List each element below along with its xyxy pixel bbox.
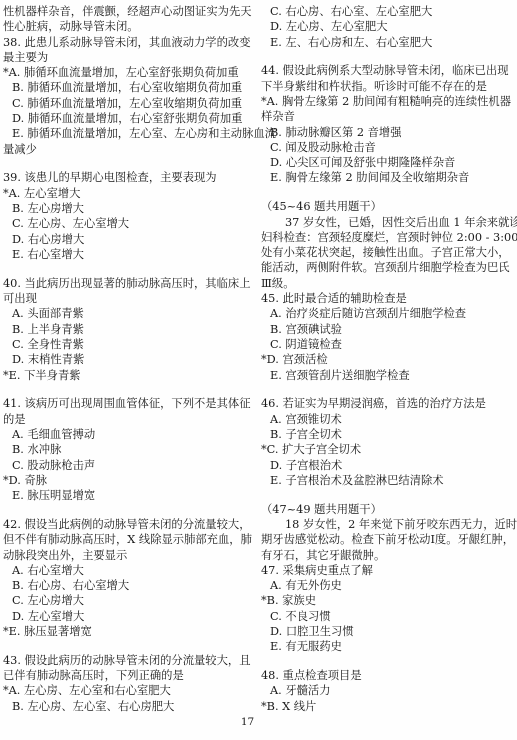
text-line: 动脉段突出外，主要显示 <box>3 548 255 563</box>
blank-line <box>3 262 255 276</box>
option-line: E. 子宫根治术及盆腔淋巴结清除术 <box>261 473 513 488</box>
left-column: 性机器样杂音，伴震颤，经超声心动图证实为先天性心脏病，动脉导管未闭。38. 此患… <box>3 4 255 714</box>
option-line: A. 毛细血管搏动 <box>3 427 255 442</box>
option-line: D. 左心房、左心室肥大 <box>261 19 513 34</box>
text-line: 处有小菜花状突起，接触性出血。子宫正常大小， <box>261 245 513 260</box>
starred-answer-line: *A. 胸骨左缘第 2 肋间闻有粗糙响亮的连续性机器 <box>261 94 513 109</box>
text-line: 能活动，两侧附件软。宫颈刮片细胞学检查为巴氏 <box>261 260 513 275</box>
option-line: D. 右心房增大 <box>3 232 255 247</box>
option-line: D. 子宫根治术 <box>261 458 513 473</box>
text-line: （47~49 题共用题干） <box>261 502 513 517</box>
option-line: A. 宫颈锥切术 <box>261 412 513 427</box>
stem-first-line: 37 岁女性，已婚，因性交后出血 1 年余来就诊。 <box>261 215 513 230</box>
starred-answer-line: *A. 左心室增大 <box>3 186 255 201</box>
option-line: C. 左心房、左心室增大 <box>3 216 255 231</box>
blank-line <box>261 186 513 200</box>
starred-answer-line: *B. 家族史 <box>261 593 513 608</box>
option-line: E. 胸骨左缘第 2 肋间闻及全收缩期杂音 <box>261 170 513 185</box>
text-line: 最主要为 <box>3 50 255 65</box>
option-line: C. 全身性青紫 <box>3 337 255 352</box>
text-line: 样杂音 <box>261 109 513 124</box>
blank-line <box>261 50 513 64</box>
text-line: 妇科检查：宫颈轻度糜烂，宫颈时钟位 2:00 - 3:00 <box>261 230 513 245</box>
page-number: 17 <box>0 716 506 728</box>
blank-line <box>261 655 513 669</box>
exam-document-page: 性机器样杂音，伴震颤，经超声心动图证实为先天性心脏病，动脉导管未闭。38. 此患… <box>0 0 517 740</box>
text-line: 的是 <box>3 412 255 427</box>
option-line: B. 子宫全切术 <box>261 427 513 442</box>
option-line: A. 右心室增大 <box>3 563 255 578</box>
option-line: B. 肺动脉瓣区第 2 音增强 <box>261 125 513 140</box>
option-line: D. 口腔卫生习惯 <box>261 624 513 639</box>
text-line: 期牙齿感觉松动。检查下前牙松动Ⅰ度。牙龈红肿， <box>261 532 513 547</box>
stem-first-line: 18 岁女性，2 年来觉下前牙咬东西无力，近时 <box>261 517 513 532</box>
text-line: （45~46 题共用题干） <box>261 199 513 214</box>
blank-line <box>261 488 513 502</box>
text-line: 已伴有肺动脉高压时，下列正确的是 <box>3 668 255 683</box>
starred-answer-line: *E. 下半身青紫 <box>3 368 255 383</box>
text-line: 有牙石，其它牙龈微肿。 <box>261 548 513 563</box>
text-line: 40. 当此病历出现显著的肺动脉高压时，其临床上 <box>3 276 255 291</box>
option-line: B. 左心房、左心室、右心房肥大 <box>3 699 255 714</box>
text-line: 下半身紫绀和杵状指。听诊时可能不存在的是 <box>261 79 513 94</box>
text-line: 性心脏病，动脉导管未闭。 <box>3 19 255 34</box>
option-line: B. 左心房增大 <box>3 201 255 216</box>
option-line: C. 右心房、右心室、左心室肥大 <box>261 4 513 19</box>
blank-line <box>3 383 255 397</box>
option-line: A. 牙髓活力 <box>261 683 513 698</box>
option-line: E. 有无服药史 <box>261 639 513 654</box>
text-line: 44. 假设此病例系大型动脉导管未闭，临床已出现 <box>261 63 513 78</box>
starred-answer-line: *B. X 线片 <box>261 699 513 714</box>
text-line: 性机器样杂音，伴震颤，经超声心动图证实为先天 <box>3 4 255 19</box>
blank-line <box>3 503 255 517</box>
text-line: 38. 此患儿系动脉导管未闭，其血液动力学的改变 <box>3 35 255 50</box>
option-line: C. 肺循环血流量增加，左心室收缩期负荷加重 <box>3 96 255 111</box>
option-line: A. 有无外伤史 <box>261 578 513 593</box>
option-line: C. 左心房增大 <box>3 593 255 608</box>
option-line: E. 右心室增大 <box>3 247 255 262</box>
option-line: B. 水冲脉 <box>3 442 255 457</box>
text-line: 但不伴有肺动脉高压时，X 线除显示肺部充血，肺 <box>3 532 255 547</box>
option-line: D. 心尖区可闻及舒张中期隆隆样杂音 <box>261 155 513 170</box>
text-line: 46. 若证实为早期浸润癌，首选的治疗方法是 <box>261 396 513 411</box>
text-line: 41. 该病历可出现周围血管体征，下列不是其体征 <box>3 396 255 411</box>
option-line: A. 头面部青紫 <box>3 306 255 321</box>
starred-answer-line: *C. 扩大子宫全切术 <box>261 442 513 457</box>
text-line: 42. 假设当此病例的动脉导管未闭的分流量较大， <box>3 517 255 532</box>
starred-answer-line: *D. 宫颈活检 <box>261 352 513 367</box>
option-line: E. 宫颈管刮片送细胞学检查 <box>261 368 513 383</box>
option-line: E. 肺循环血流量增加，左心室、左心房和主动脉血流 <box>3 126 255 141</box>
text-line: 可出现 <box>3 291 255 306</box>
option-line: C. 不良习惯 <box>261 609 513 624</box>
option-line: B. 肺循环血流量增加，右心室收缩期负荷加重 <box>3 80 255 95</box>
option-line: A. 治疗炎症后随访宫颈刮片细胞学检查 <box>261 306 513 321</box>
starred-answer-line: *A. 左心房、左心室和右心室肥大 <box>3 683 255 698</box>
option-line: C. 股动脉枪击声 <box>3 458 255 473</box>
option-line: B. 宫颈碘试验 <box>261 322 513 337</box>
option-line: D. 肺循环血流量增加，右心室舒张期负荷加重 <box>3 111 255 126</box>
text-line: 43. 假设此病历的动脉导管未闭的分流量较大，且 <box>3 653 255 668</box>
starred-answer-line: *D. 奇脉 <box>3 473 255 488</box>
option-line: E. 脉压明显增宽 <box>3 488 255 503</box>
option-line: C. 阴道镜检查 <box>261 337 513 352</box>
text-line: 量减少 <box>3 142 255 157</box>
option-line: B. 右心房、右心室增大 <box>3 578 255 593</box>
option-line: C. 闻及股动脉枪击音 <box>261 140 513 155</box>
blank-line <box>261 383 513 397</box>
starred-answer-line: *A. 肺循环血流量增加，左心室舒张期负荷加重 <box>3 65 255 80</box>
option-line: D. 左心室增大 <box>3 609 255 624</box>
blank-line <box>3 157 255 171</box>
blank-line <box>3 639 255 653</box>
option-line: D. 末梢性青紫 <box>3 352 255 367</box>
text-line: 39. 该患儿的早期心电图检查，主要表现为 <box>3 170 255 185</box>
right-column: C. 右心房、右心室、左心室肥大D. 左心房、左心室肥大E. 左、右心房和左、右… <box>261 4 513 714</box>
text-line: 48. 重点检查项目是 <box>261 668 513 683</box>
option-line: E. 左、右心房和左、右心室肥大 <box>261 35 513 50</box>
starred-answer-line: *E. 脉压显著增宽 <box>3 624 255 639</box>
option-line: B. 上半身青紫 <box>3 322 255 337</box>
text-line: 45. 此时最合适的辅助检查是 <box>261 291 513 306</box>
text-line: 47. 采集病史重点了解 <box>261 563 513 578</box>
text-line: Ⅲ级。 <box>261 276 513 291</box>
